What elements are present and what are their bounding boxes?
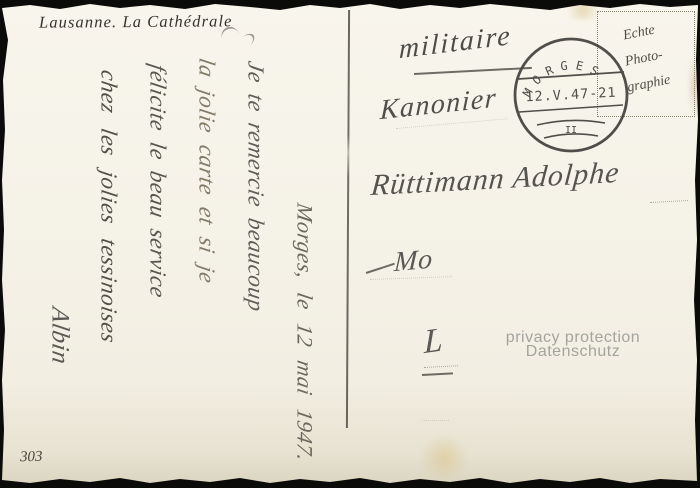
paper-stain (690, 40, 700, 130)
postcard-back: Lausanne. La Cathédrale Echte Photo- gra… (0, 0, 700, 488)
paper-stain (418, 436, 470, 480)
postmark-bridge-bottom (519, 105, 623, 112)
message-line: Je te remercie beaucoup (232, 52, 281, 480)
pen-flourish (241, 31, 258, 48)
message-line: félicite le beau service (134, 52, 183, 480)
erased-line-underline (422, 372, 453, 376)
faint-dotted-mark (422, 420, 449, 421)
name-trailing-dots (650, 200, 688, 203)
erased-line-dots (424, 365, 458, 368)
postmark-datetime: 12.V.47-21 (525, 85, 617, 106)
message-block: Morges, le 12 mai 1947. Je te remercie b… (35, 56, 330, 476)
paper-stain (562, 0, 604, 20)
message-signature: Albin (36, 52, 85, 480)
place-lead-flourish (366, 263, 395, 274)
message-line: chez les jolies tessinoises (85, 52, 134, 480)
privacy-line-de: Datenschutz (437, 345, 700, 359)
address-name: Rüttimann Adolphe (370, 156, 622, 203)
postmark-code: II (565, 125, 577, 136)
card-number: 303 (20, 449, 43, 466)
address-place-partial: Mo (393, 243, 434, 279)
postmark-stamp: MORGES 12.V.47-21 II (506, 30, 636, 160)
message-line: la jolie carte et si je (183, 52, 232, 480)
message-dateline: Morges, le 12 mai 1947. (281, 52, 330, 480)
postcard-scan: Lausanne. La Cathédrale Echte Photo- gra… (0, 0, 700, 488)
address-status-word: militaire (399, 20, 512, 66)
address-divider-line (346, 10, 350, 428)
place-dotted-line (370, 276, 452, 280)
printed-caption: Lausanne. La Cathédrale (39, 11, 233, 32)
privacy-overlay: privacy protection Datenschutz (437, 331, 700, 358)
